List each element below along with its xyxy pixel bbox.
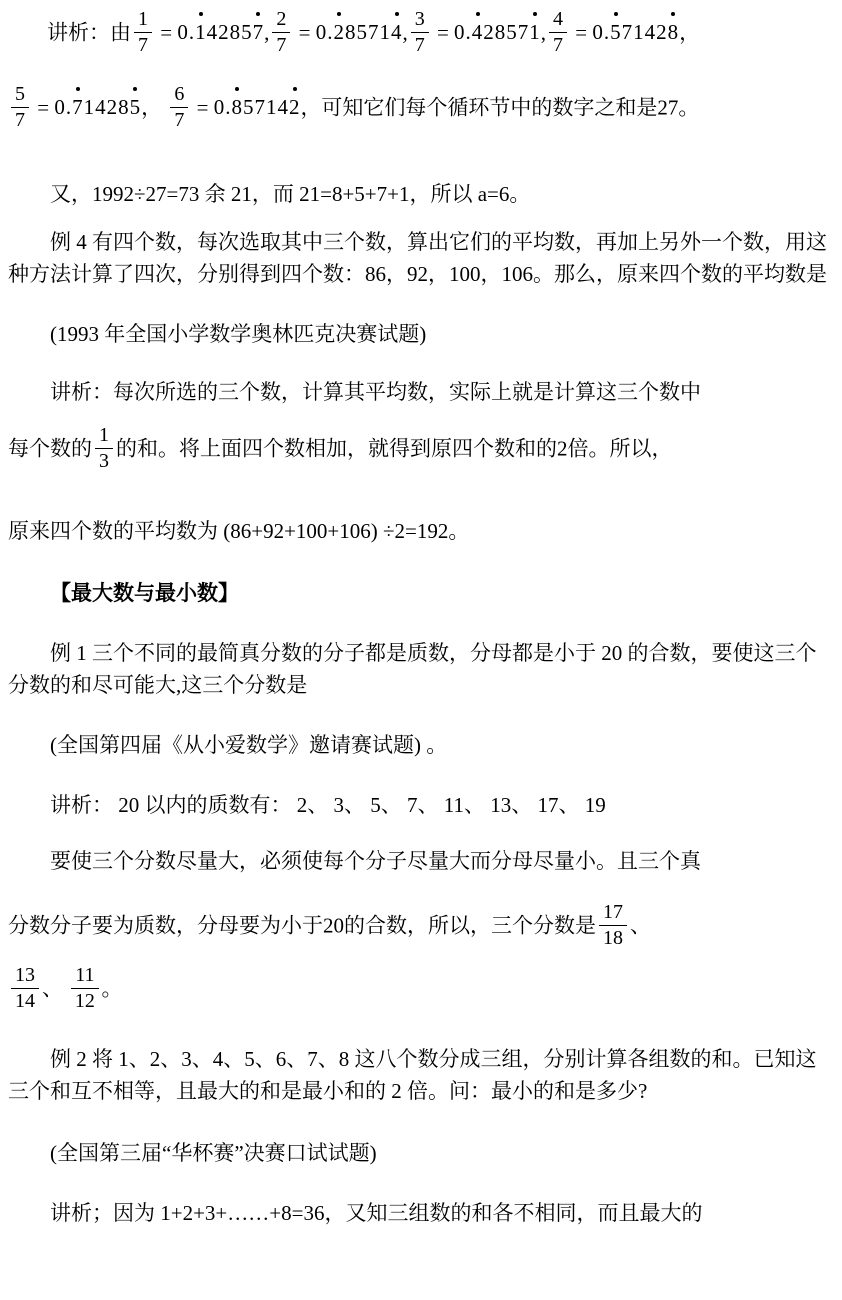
fraction-numerator: 3 (411, 8, 429, 33)
fraction: 1314 (11, 964, 39, 1013)
fraction-numerator: 13 (11, 964, 39, 989)
formula-text: 。 (102, 976, 123, 1000)
fraction-denominator: 7 (272, 33, 290, 57)
formula-text: = (191, 95, 213, 119)
fraction-numerator: 4 (549, 8, 567, 33)
paragraph-remainder-calc: 又，1992÷27=73 余 21，而 21=8+5+7+1，所以 a=6。 (0, 178, 842, 210)
fraction: 27 (272, 8, 290, 57)
fraction-numerator: 1 (134, 8, 152, 33)
formula-text: , (264, 20, 269, 44)
repeating-decimal: 0.285714 (316, 19, 403, 45)
formula-text: 每个数的 (8, 436, 92, 460)
formula-fractions-line1: 分数分子要为质数，分母要为小于20的合数，所以，三个分数是1718、 (0, 901, 842, 950)
repeating-decimal: 0.428571 (454, 19, 541, 45)
fraction-denominator: 7 (411, 33, 429, 57)
formula-text: = (155, 20, 177, 44)
formula-text: 、 (42, 976, 68, 1000)
formula-one-third-line: 每个数的13的和。将上面四个数相加，就得到原四个数和的2倍。所以， (0, 424, 842, 473)
repeating-decimal: 0.571428 (592, 19, 679, 45)
fraction-numerator: 11 (71, 964, 98, 989)
formula-text: ， (141, 95, 167, 119)
fraction-numerator: 2 (272, 8, 290, 33)
paragraph-source-huabeisai: (全国第三届“华杯赛”决赛口试试题) (0, 1137, 842, 1169)
paragraph-source-aishuxue: (全国第四届《从小爱数学》邀请赛试题) 。 (0, 729, 842, 761)
fraction-numerator: 6 (170, 83, 188, 108)
formula-text: 讲析：由 (47, 20, 131, 44)
paragraph-analysis1-primes: 讲析： 20 以内的质数有： 2、 3、 5、 7、 11、 13、 17、 1… (0, 789, 842, 821)
fraction-denominator: 14 (11, 989, 39, 1013)
section-heading-max-min: 【最大数与最小数】 (0, 577, 842, 609)
fraction-denominator: 7 (11, 108, 29, 132)
paragraph-source-1993: (1993 年全国小学数学奥林匹克决赛试题) (0, 318, 842, 350)
formula-text: = (570, 20, 592, 44)
fraction-numerator: 1 (95, 424, 113, 449)
fraction-numerator: 17 (599, 901, 627, 926)
formula-text: , (541, 20, 546, 44)
paragraph-example1: 例 1 三个不同的最简真分数的分子都是质数，分母都是小于 20 的合数，要使这三… (0, 637, 842, 701)
formula-fractions-line2: 1314、 1112。 (0, 964, 842, 1013)
formula-text: = (432, 20, 454, 44)
paragraph-analysis4: 讲析：每次所选的三个数，计算其平均数，实际上就是计算这三个数中 (0, 376, 842, 408)
fraction: 67 (170, 83, 188, 132)
fraction-denominator: 7 (170, 108, 188, 132)
fraction-denominator: 12 (71, 989, 98, 1013)
fraction: 1718 (599, 901, 627, 950)
fraction: 47 (549, 8, 567, 57)
paragraph-example4: 例 4 有四个数，每次选取其中三个数，算出它们的平均数，再加上另外一个数，用这种… (0, 226, 842, 290)
fraction: 57 (11, 83, 29, 132)
document-page: 讲析：由17 = 0.142857,27 = 0.285714,37 = 0.4… (0, 0, 842, 1300)
formula-text: = (32, 95, 54, 119)
fraction-denominator: 7 (134, 33, 152, 57)
fraction: 17 (134, 8, 152, 57)
fraction: 13 (95, 424, 113, 473)
formula-text: ，可知它们每个循环节中的数字之和是27。 (300, 95, 699, 119)
formula-text: , (402, 20, 407, 44)
paragraph-average-result: 原来四个数的平均数为 (86+92+100+106) ÷2=192。 (0, 515, 842, 547)
formula-text: 的和。将上面四个数相加，就得到原四个数和的2倍。所以， (116, 436, 673, 460)
fraction: 1112 (71, 964, 98, 1013)
repeating-decimal: 0.714285 (54, 94, 141, 120)
repeating-decimal: 0.857142 (214, 94, 301, 120)
fraction-denominator: 18 (599, 926, 627, 950)
paragraph-analysis1-rule: 要使三个分数尽量大，必须使每个分子尽量大而分母尽量小。且三个真 (0, 845, 842, 877)
formula-sevenths-line2: 57 = 0.714285， 67 = 0.857142，可知它们每个循环节中的… (0, 83, 842, 132)
fraction: 37 (411, 8, 429, 57)
fraction-denominator: 7 (549, 33, 567, 57)
fraction-denominator: 3 (95, 449, 113, 473)
formula-text: = (293, 20, 315, 44)
fraction-numerator: 5 (11, 83, 29, 108)
paragraph-example2: 例 2 将 1、2、3、4、5、6、7、8 这八个数分成三组，分别计算各组数的和… (0, 1043, 842, 1107)
paragraph-analysis2: 讲析；因为 1+2+3+……+8=36，又知三组数的和各不相同，而且最大的 (0, 1197, 842, 1229)
formula-sevenths-line1: 讲析：由17 = 0.142857,27 = 0.285714,37 = 0.4… (0, 8, 842, 57)
formula-text: 分数分子要为质数，分母要为小于20的合数，所以，三个分数是 (8, 913, 596, 937)
formula-text: ， (679, 20, 700, 44)
formula-text: 、 (630, 913, 651, 937)
repeating-decimal: 0.142857 (177, 19, 264, 45)
